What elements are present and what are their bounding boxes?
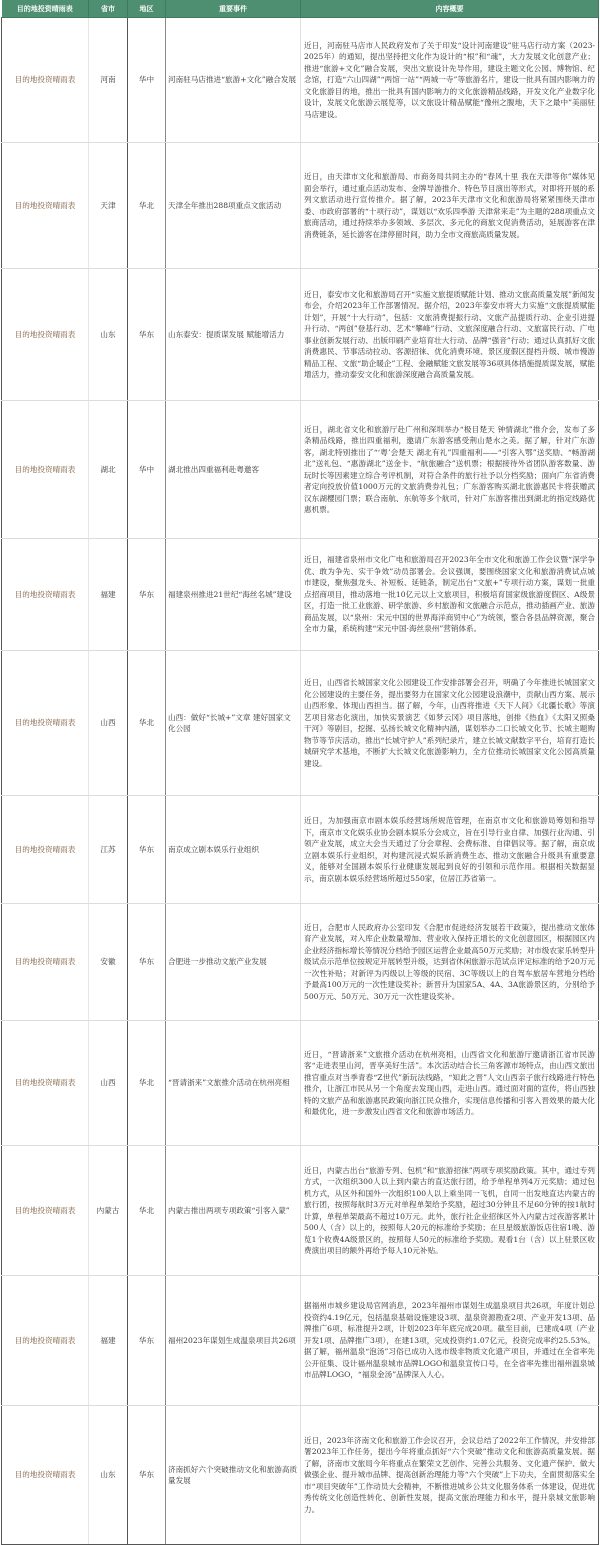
summary-cell: 近日，福建省泉州市文化广电和旅游局召开2023年全市文化和旅游工作会议暨“深学争… <box>301 539 599 651</box>
province-cell: 内蒙古 <box>89 1146 128 1276</box>
table-row: 目的地投资晴雨表 山西 华北 “晋请浙来”文旅推介活动在杭州亮相 近日，“晋请浙… <box>2 1021 599 1146</box>
region-cell: 华东 <box>128 539 166 651</box>
event-cell: 南京成立剧本娱乐行业组织 <box>166 796 301 904</box>
event-cell: 山东泰安：提质谋发展 赋能增活力 <box>166 269 301 401</box>
event-cell: 福建泉州推进21世纪“海丝名城”建设 <box>166 539 301 651</box>
table-row: 目的地投资晴雨表 山西 华北 山西：做好“长城+”文章 建好国家文化公园 近日，… <box>2 651 599 796</box>
region-cell: 华东 <box>128 904 166 1021</box>
region-cell: 华北 <box>128 1146 166 1276</box>
province-cell: 天津 <box>89 143 128 269</box>
table-row: 目的地投资晴雨表 江苏 华东 南京成立剧本娱乐行业组织 近日，为加强南京市剧本娱… <box>2 796 599 904</box>
column-header-summary: 内容概要 <box>301 0 599 18</box>
province-cell: 山东 <box>89 1406 128 1545</box>
category-cell: 目的地投资晴雨表 <box>2 18 89 143</box>
summary-cell: 近日，由天津市文化和旅游局、市商务局共同主办的“春风十里 我在天津等你”媒体见面… <box>301 143 599 269</box>
category-cell: 目的地投资晴雨表 <box>2 796 89 904</box>
category-cell: 目的地投资晴雨表 <box>2 1276 89 1406</box>
table-row: 目的地投资晴雨表 山东 华东 山东泰安：提质谋发展 赋能增活力 近日，泰安市文化… <box>2 269 599 401</box>
event-cell: 福州2023年谋划生成温泉项目共26项 <box>166 1276 301 1406</box>
category-cell: 目的地投资晴雨表 <box>2 143 89 269</box>
province-cell: 江苏 <box>89 796 128 904</box>
category-cell: 目的地投资晴雨表 <box>2 401 89 539</box>
province-cell: 山西 <box>89 651 128 796</box>
event-cell: 天津全年推出288项重点文旅活动 <box>166 143 301 269</box>
region-cell: 华东 <box>128 269 166 401</box>
table-row: 目的地投资晴雨表 安徽 华东 合肥进一步推动文旅产业发展 近日，合肥市人民政府办… <box>2 904 599 1021</box>
category-cell: 目的地投资晴雨表 <box>2 1021 89 1146</box>
table-row: 目的地投资晴雨表 福建 华东 福州2023年谋划生成温泉项目共26项 据福州市城… <box>2 1276 599 1406</box>
summary-cell: 近日，湖北省文化和旅游厅赴广州和深圳举办“极目楚天 钟情湖北”推介会，发布了多条… <box>301 401 599 539</box>
category-cell: 目的地投资晴雨表 <box>2 904 89 1021</box>
summary-cell: 近日，山西省长城国家文化公园建设工作安排部署会召开，明确了今年推进长城国家文化公… <box>301 651 599 796</box>
column-header-event: 重要事件 <box>166 0 301 18</box>
region-cell: 华东 <box>128 796 166 904</box>
table-row: 目的地投资晴雨表 山东 华东 济南抓好六个突破推动文化和旅游高质量发展 近日，2… <box>2 1406 599 1545</box>
event-cell: 河南驻马店推进“旅游+文化”融合发展 <box>166 18 301 143</box>
table-row: 目的地投资晴雨表 福建 华东 福建泉州推进21世纪“海丝名城”建设 近日，福建省… <box>2 539 599 651</box>
region-cell: 华东 <box>128 1276 166 1406</box>
summary-cell: 近日，泰安市文化和旅游局召开“实施文旅提质赋能计划、推动文旅高质量发展”新闻发布… <box>301 269 599 401</box>
category-cell: 目的地投资晴雨表 <box>2 539 89 651</box>
table-row: 目的地投资晴雨表 天津 华北 天津全年推出288项重点文旅活动 近日，由天津市文… <box>2 143 599 269</box>
event-cell: 合肥进一步推动文旅产业发展 <box>166 904 301 1021</box>
province-cell: 安徽 <box>89 904 128 1021</box>
province-cell: 河南 <box>89 18 128 143</box>
region-cell: 华中 <box>128 18 166 143</box>
table-row: 目的地投资晴雨表 湖北 华中 湖北推出四重福利赴粤邀客 近日，湖北省文化和旅游厅… <box>2 401 599 539</box>
category-cell: 目的地投资晴雨表 <box>2 651 89 796</box>
province-cell: 福建 <box>89 539 128 651</box>
header-row: 目的地投资晴雨表 省市 地区 重要事件 内容概要 <box>2 0 599 18</box>
summary-cell: 近日，合肥市人民政府办公室印发《合肥市促进经济发展若干政策》，提出推动文旅体育产… <box>301 904 599 1021</box>
category-cell: 目的地投资晴雨表 <box>2 269 89 401</box>
event-cell: 内蒙古推出两项专项政策“引客入蒙” <box>166 1146 301 1276</box>
category-cell: 目的地投资晴雨表 <box>2 1406 89 1545</box>
column-header-region: 地区 <box>128 0 166 18</box>
summary-cell: 近日，“晋请浙来”文旅推介活动在杭州亮相，山西省文化和旅游厅邀请浙江省市民游客“… <box>301 1021 599 1146</box>
summary-cell: 近日，河南驻马店市人民政府发布了关于印发“设计河南建设”驻马店行动方案（2023… <box>301 18 599 143</box>
summary-cell: 近日，内蒙古出台“旅游专列、包机”和“旅游招徕”两项专项奖励政策。其中，通过专列… <box>301 1146 599 1276</box>
summary-cell: 近日，2023年济南文化和旅游工作会议召开，会议总结了2022年工作情况，并安排… <box>301 1406 599 1545</box>
event-cell: 湖北推出四重福利赴粤邀客 <box>166 401 301 539</box>
summary-cell: 据福州市城乡建设局官网消息，2023年福州市谋划生成温泉项目共26项，年度计划总… <box>301 1276 599 1406</box>
category-cell: 目的地投资晴雨表 <box>2 1146 89 1276</box>
region-cell: 华北 <box>128 143 166 269</box>
province-cell: 福建 <box>89 1276 128 1406</box>
column-header-category: 目的地投资晴雨表 <box>2 0 89 18</box>
province-cell: 湖北 <box>89 401 128 539</box>
region-cell: 华北 <box>128 1021 166 1146</box>
region-cell: 华北 <box>128 651 166 796</box>
event-cell: 山西：做好“长城+”文章 建好国家文化公园 <box>166 651 301 796</box>
province-cell: 山东 <box>89 269 128 401</box>
investment-barometer-table: 目的地投资晴雨表 省市 地区 重要事件 内容概要 目的地投资晴雨表 河南 华中 … <box>1 0 599 1545</box>
column-header-province: 省市 <box>89 0 128 18</box>
event-cell: 济南抓好六个突破推动文化和旅游高质量发展 <box>166 1406 301 1545</box>
province-cell: 山西 <box>89 1021 128 1146</box>
table-row: 目的地投资晴雨表 内蒙古 华北 内蒙古推出两项专项政策“引客入蒙” 近日，内蒙古… <box>2 1146 599 1276</box>
event-cell: “晋请浙来”文旅推介活动在杭州亮相 <box>166 1021 301 1146</box>
region-cell: 华东 <box>128 1406 166 1545</box>
summary-cell: 近日，为加强南京市剧本娱乐经营场所规范管理，在南京市文化和旅游局筹划和指导下，南… <box>301 796 599 904</box>
table-row: 目的地投资晴雨表 河南 华中 河南驻马店推进“旅游+文化”融合发展 近日，河南驻… <box>2 18 599 143</box>
region-cell: 华中 <box>128 401 166 539</box>
